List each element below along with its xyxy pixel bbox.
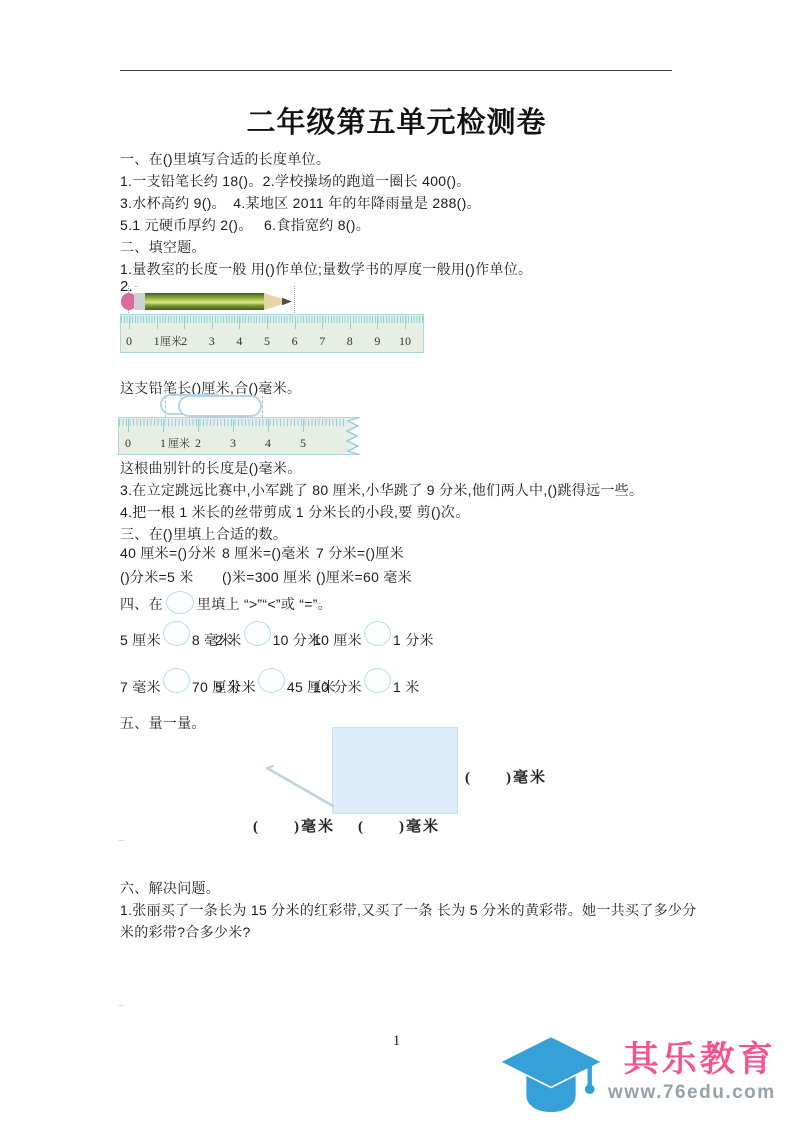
page-title: 二年级第五单元检测卷 (0, 100, 793, 141)
answer-circle (364, 621, 391, 646)
ruler1-label-10: 10 (399, 334, 411, 349)
comparison-pair: 2 米 10 分米 (215, 621, 322, 650)
ruler2-label-3: 3 (230, 436, 236, 451)
comparison-pair: 10 分米 1 米 (313, 668, 420, 697)
ruler1-label-3: 3 (209, 334, 215, 349)
micro-watermark-3: ····· (118, 838, 123, 844)
ruler2-unit: 厘米 (168, 435, 190, 451)
micro-watermark-1: ····· (133, 284, 138, 290)
conversion-item: 40 厘米=()分米 (120, 543, 216, 563)
conversion-item: ()厘米=60 毫米 (316, 567, 412, 587)
conversion-item: ()米=300 厘米 (222, 567, 312, 587)
ruler1-label-9: 9 (374, 334, 380, 349)
section4-heading-post: 里填上 “>”“<”或 “=”。 (197, 594, 332, 614)
ruler1-label-6: 6 (292, 334, 298, 349)
ruler2-label-5: 5 (300, 436, 306, 451)
compare-left: 7 毫米 (120, 677, 161, 697)
section1-q3-q4: 3.水杯高约 9()。 4.某地区 2011 年的年降雨量是 288()。 (120, 193, 481, 213)
answer-circle (364, 668, 391, 693)
paperclip-illustration (158, 392, 266, 419)
compare-right: 1 分米 (393, 630, 434, 650)
section1-q5-q6: 5.1 元硬币厚约 2()。 6.食指宽约 8()。 (120, 215, 370, 235)
measure-label-right: ( )毫米 (465, 766, 547, 787)
conversion-item: 7 分米=()厘米 (316, 543, 404, 563)
section6-q1-line1: 1.张丽买了一条长为 15 分米的红彩带,又买了一条 长为 5 分米的黄彩带。她… (120, 900, 696, 920)
ruler-torn-edge (342, 417, 360, 455)
section2-heading: 二、填空题。 (120, 237, 206, 257)
section4-heading: 四、在 里填上 “>”“<”或 “=”。 (120, 591, 332, 614)
ruler-mm-ticks (119, 419, 345, 426)
ruler2-label-2: 2 (195, 436, 201, 451)
section1-q1-q2: 1.一支铅笔长约 18()。2.学校操场的跑道一圈长 400()。 (120, 171, 471, 191)
graduation-cap-icon (498, 1032, 604, 1120)
section2-q1: 1.量教室的长度一般 用()作单位;量数学书的厚度一般用()作单位。 (120, 259, 532, 279)
brand-url: www.76edu.com (608, 1082, 776, 1104)
ruler1-label-7: 7 (319, 334, 325, 349)
pencil-lead (282, 298, 292, 305)
conversion-item: 8 厘米=()毫米 (222, 543, 310, 563)
rectangle-to-measure (332, 727, 458, 814)
ruler1-label-8: 8 (347, 334, 353, 349)
section5-heading: 五、量一量。 (120, 713, 206, 733)
section6-heading: 六、解决问题。 (120, 878, 220, 898)
brand-text-block: 其乐教育 www.76edu.com (608, 1032, 776, 1104)
brand-name: 其乐教育 (624, 1042, 776, 1079)
compare-left: 2 米 (215, 630, 242, 650)
line-segment-to-measure (264, 765, 336, 809)
compare-left: 5 分米 (215, 677, 256, 697)
section2-q4: 4.把一根 1 米长的丝带剪成 1 分米长的小段,要 剪()次。 (120, 502, 470, 522)
ruler1-label-1: 1 (154, 334, 160, 349)
section1-heading: 一、在()里填写合适的长度单位。 (120, 149, 330, 169)
ruler-5cm-broken: 0 1 厘米 2 3 4 5 (118, 417, 360, 455)
brand-logo: 其乐教育 www.76edu.com (498, 1032, 793, 1120)
pencil-ferrule (134, 293, 145, 310)
ruler1-label-2: 2 (181, 334, 187, 349)
section6-q1-line2: 米的彩带?合多少米? (120, 922, 251, 942)
compare-right: 1 米 (393, 677, 420, 697)
answer-circle (163, 668, 190, 693)
compare-left: 5 厘米 (120, 630, 161, 650)
compare-left: 10 分米 (313, 677, 362, 697)
ruler2-label-4: 4 (265, 436, 271, 451)
clip-caption: 这根曲别针的长度是()毫米。 (120, 458, 302, 478)
ruler2-label-1: 1 (160, 436, 166, 451)
ruler1-unit: 厘米 (160, 333, 182, 349)
ruler1-label-5: 5 (264, 334, 270, 349)
pencil-body (145, 293, 264, 310)
measure-label-bottom-1: ( )毫米 (253, 815, 335, 836)
header-divider (120, 70, 672, 71)
section3-heading: 三、在()里填上合适的数。 (120, 524, 287, 544)
test-paper-page: 二年级第五单元检测卷 一、在()里填写合适的长度单位。 1.一支铅笔长约 18(… (0, 0, 793, 1122)
compare-left: 10 厘米 (313, 630, 362, 650)
conversion-item: ()分米=5 米 (120, 567, 194, 587)
ruler-10cm: 0 1 厘米 2 3 4 5 6 7 8 9 10 (120, 314, 424, 353)
micro-watermark-4: ····· (118, 1003, 123, 1009)
measure-label-bottom-2: ( )毫米 (358, 815, 440, 836)
comparison-pair: 10 厘米 1 分米 (313, 621, 434, 650)
ruler1-label-4: 4 (236, 334, 242, 349)
ruler2-label-0: 0 (125, 436, 131, 451)
answer-circle (244, 621, 271, 646)
ruler1-label-0: 0 (126, 334, 132, 349)
answer-circle (166, 591, 194, 614)
section4-heading-pre: 四、在 (120, 594, 163, 614)
answer-circle (258, 668, 285, 693)
section2-q3: 3.在立定跳远比赛中,小军跳了 80 厘米,小华跳了 9 分米,他们两人中,()… (120, 480, 643, 500)
micro-watermark-2: ····· (315, 601, 320, 607)
pencil-illustration (121, 292, 297, 313)
answer-circle (163, 621, 190, 646)
